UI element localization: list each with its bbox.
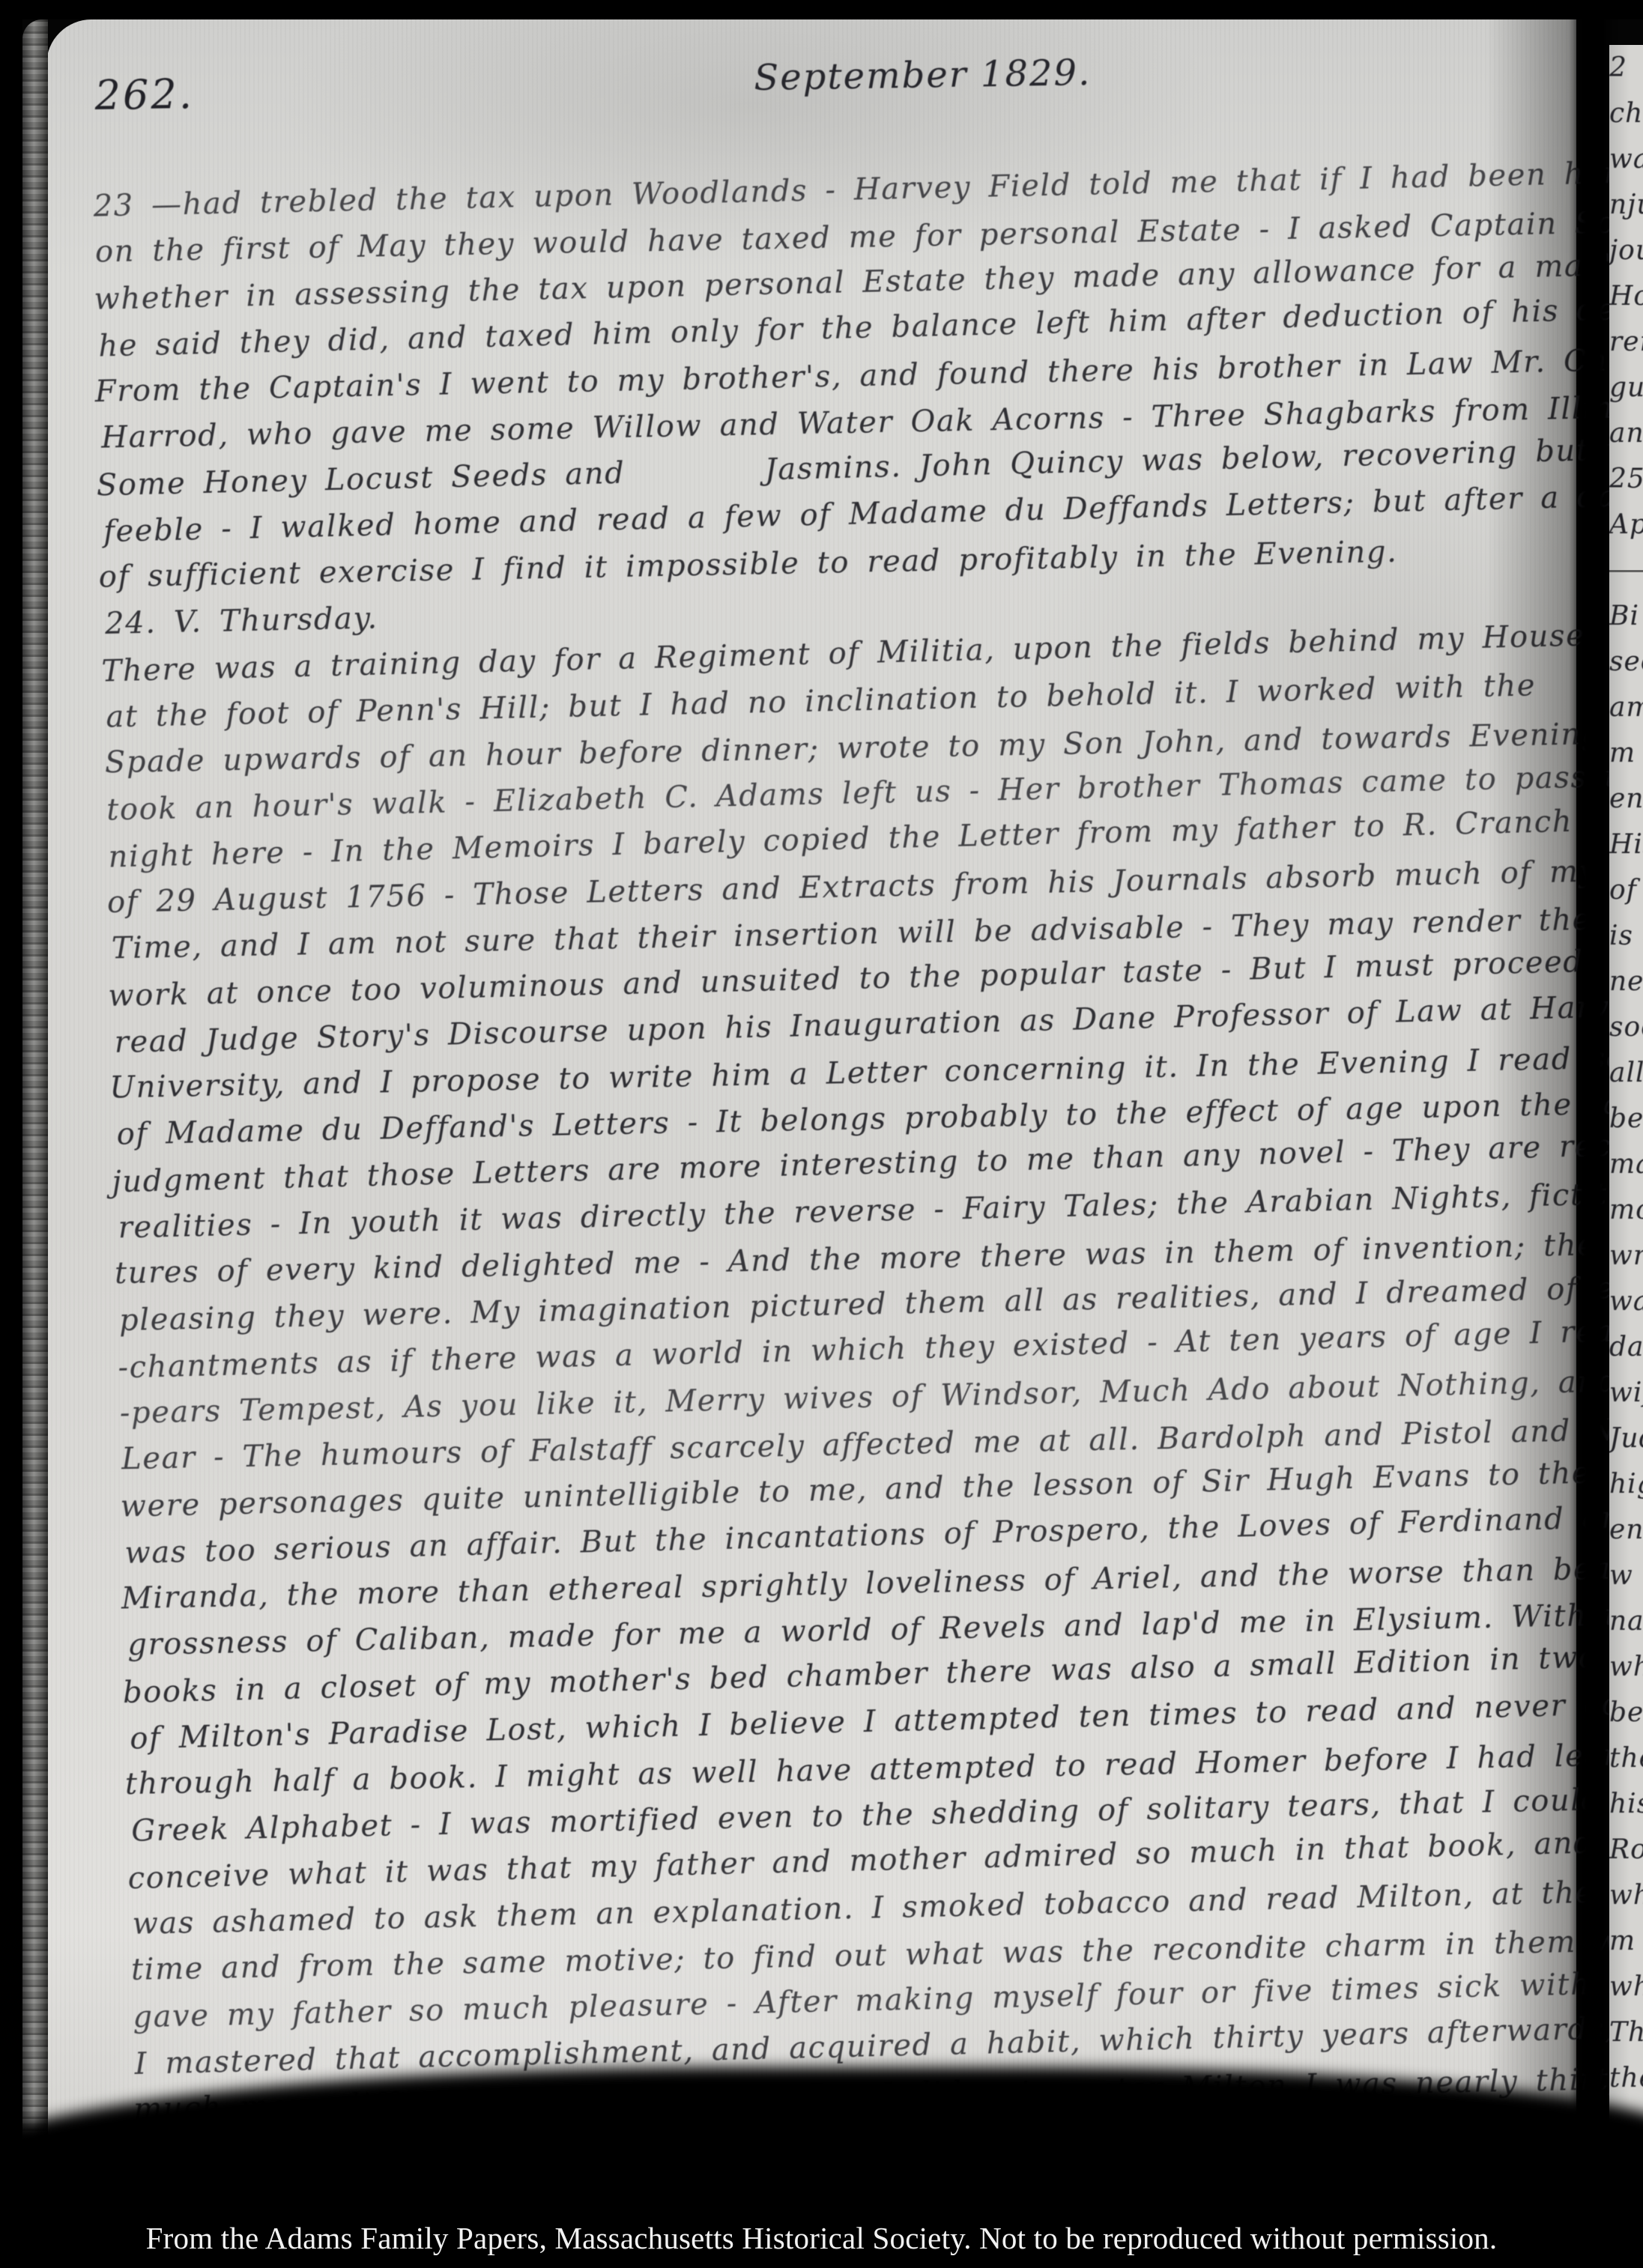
facing-page-fragment: wh xyxy=(1609,1644,1643,1690)
facing-page-fragment: m xyxy=(1609,730,1643,776)
facing-page-fragment: the xyxy=(1609,1735,1643,1781)
facing-page-fragment: Bi xyxy=(1609,593,1643,639)
facing-page-fragment: sec xyxy=(1609,639,1643,685)
facing-page-fragment: w xyxy=(1609,1553,1643,1598)
facing-page-fragment: en xyxy=(1609,1507,1643,1553)
gutter-shadow xyxy=(1570,0,1612,2210)
facing-page-fragment: nju xyxy=(1609,182,1643,228)
facing-page-fragment: Ho xyxy=(1609,273,1643,319)
facing-page-rule xyxy=(1609,548,1643,593)
scan-left-border xyxy=(0,0,22,2268)
manuscript-page: 262. September 1829. 23 —had trebled the… xyxy=(46,19,1576,2192)
facing-page-fragment: dau xyxy=(1609,1324,1643,1370)
page-number: 262. xyxy=(94,70,194,119)
facing-page-fragment: ner xyxy=(1609,959,1643,1004)
facing-page-fragment: hig xyxy=(1609,1461,1643,1507)
facing-page-fragment: ma xyxy=(1609,1141,1643,1187)
facing-page-fragment: wa xyxy=(1609,136,1643,182)
facing-page-fragment: all xyxy=(1609,1050,1643,1096)
facing-page-fragment: wif xyxy=(1609,1370,1643,1416)
facing-page-fragment: gui xyxy=(1609,365,1643,410)
facing-page-fragment: mo xyxy=(1609,1187,1643,1233)
facing-page-fragment: jou xyxy=(1609,228,1643,273)
facing-page-fragment: his xyxy=(1609,1781,1643,1827)
facing-page-fragment: Ap xyxy=(1609,502,1643,548)
facing-page-fragment: eng xyxy=(1609,776,1643,822)
facing-page-fragment: is ob xyxy=(1609,913,1643,959)
facing-page-edge: 2chwanjujouHorerguians25·ApBisecammengHi… xyxy=(1609,45,1643,2210)
caption-text: From the Adams Family Papers, Massachuse… xyxy=(146,2220,1498,2256)
facing-page-fragment: ans xyxy=(1609,410,1643,456)
facing-page-fragment: na xyxy=(1609,1598,1643,1644)
facing-page-fragment: wr xyxy=(1609,1233,1643,1279)
facing-page-fragment: Ro xyxy=(1609,1827,1643,1873)
attribution-caption: From the Adams Family Papers, Massachuse… xyxy=(0,2208,1643,2268)
scan-top-border xyxy=(0,0,1643,19)
facing-page-fragment: the xyxy=(1609,2055,1643,2101)
facing-page-fragment: rer xyxy=(1609,319,1643,365)
manuscript-body: 23 —had trebled the tax upon Woodlands -… xyxy=(93,151,1624,2180)
facing-page-fragment: Th xyxy=(1609,2010,1643,2055)
scan-frame: 262. September 1829. 23 —had trebled the… xyxy=(0,0,1643,2268)
facing-page-fragment: His xyxy=(1609,822,1643,867)
facing-page-fragment: am xyxy=(1609,685,1643,730)
facing-page-fragment: wa xyxy=(1609,1279,1643,1324)
facing-page-fragment: soon xyxy=(1609,1004,1643,1050)
facing-page-fragment: bet xyxy=(1609,1690,1643,1735)
book-binding-edge xyxy=(22,19,48,2192)
facing-page-fragment: beca xyxy=(1609,1096,1643,1141)
facing-page-fragment: wh xyxy=(1609,1873,1643,1918)
facing-page-fragment: of th xyxy=(1609,867,1643,913)
facing-page-fragment: ch xyxy=(1609,91,1643,136)
gutter-edge-shade xyxy=(1486,19,1576,2192)
month-year-header: September 1829. xyxy=(754,52,1092,99)
facing-page-fragment: 25· xyxy=(1609,456,1643,502)
facing-page-fragment: wh xyxy=(1609,1964,1643,2010)
page-header-row: 262. September 1829. xyxy=(94,45,1547,150)
facing-page-fragment: m xyxy=(1609,1918,1643,1964)
facing-page-fragment: 2 xyxy=(1609,45,1643,91)
scan-bottom-vignette xyxy=(0,2067,1643,2225)
facing-page-fragment: Jud xyxy=(1609,1416,1643,1461)
